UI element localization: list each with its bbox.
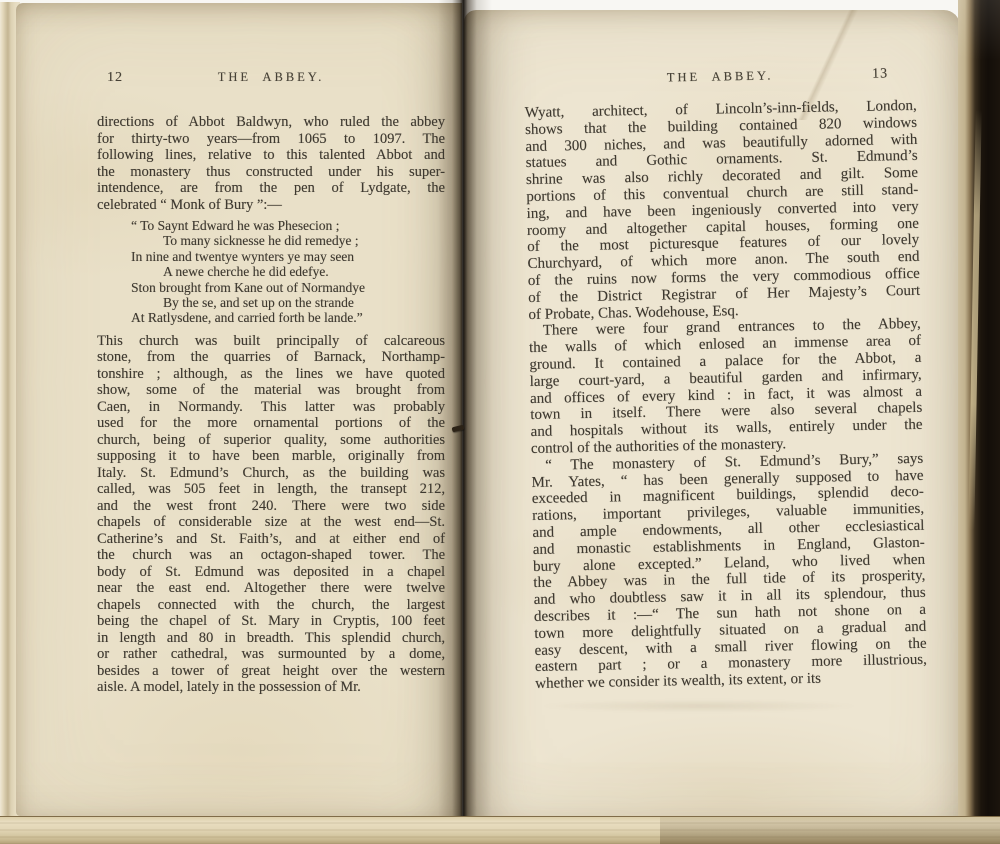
text-line: stone, from the quarries of Barnack, Nor… <box>97 349 445 366</box>
page-number: 13 <box>860 66 916 84</box>
text-line: called, was 505 feet in length, the tran… <box>97 481 445 498</box>
text-line: church, being of superior quality, some … <box>97 432 445 449</box>
text-line: and the west front 240. There were two s… <box>97 498 445 515</box>
verse-block: “ To Saynt Edward he was Phesecion ;To m… <box>131 218 445 326</box>
bottom-page-edges <box>0 816 1000 844</box>
text-line: following lines, relative to this talent… <box>97 147 445 164</box>
text-line: the church was an octagon-shaped tower. … <box>97 547 445 564</box>
paragraph: This church was built principally of cal… <box>97 333 445 696</box>
text-line: tonshire ; although, as the lines we hav… <box>97 366 445 383</box>
page-right-text: THE ABBEY. 13 Wyatt, architect, of Linco… <box>524 65 927 693</box>
text-line: Caen, in Normandy. This latter was proba… <box>97 399 445 416</box>
text-line: besides a tower of great height over the… <box>97 663 445 680</box>
text-line: Ston brought from Kane out of Normandye <box>131 280 445 295</box>
paragraph: There were four grand entrances to the A… <box>529 316 923 458</box>
page-left: 12 THE ABBEY. directions of Abbot Baldwy… <box>16 3 462 816</box>
text-line: chapels of considerable size at the west… <box>97 514 445 531</box>
text-line: supposing it to have been marble, origin… <box>97 448 445 465</box>
running-header-row: THE ABBEY. 13 <box>524 65 916 88</box>
running-header: THE ABBEY. <box>580 66 860 88</box>
text-line: or rather cathedral, was surmounted by a… <box>97 646 445 663</box>
text-line: the monastery thus constructed under his… <box>97 164 445 181</box>
text-line: being the chapel of St. Mary in Cryptis,… <box>97 613 445 630</box>
text-line: To many sicknesse he did remedye ; <box>163 233 445 248</box>
page-number: 12 <box>97 70 153 87</box>
page-body: directions of Abbot Baldwyn, who ruled t… <box>97 114 445 696</box>
text-line: intendence, are from the pen of Lydgate,… <box>97 180 445 197</box>
paragraph: Wyatt, architect, of Lincoln’s-inn-field… <box>525 98 921 324</box>
running-header-row: 12 THE ABBEY. <box>97 69 445 85</box>
text-line: celebrated “ Monk of Bury ”:— <box>97 197 445 214</box>
text-line: in length and 80 in breadth. This splend… <box>97 630 445 647</box>
page-body: Wyatt, architect, of Lincoln’s-inn-field… <box>525 98 928 693</box>
text-line: near the east end. Altogether there were… <box>97 580 445 597</box>
text-line: body of St. Edmund was deposited in a ch… <box>97 564 445 581</box>
text-line: chapels connected with the church, the l… <box>97 597 445 614</box>
text-line: This church was built principally of cal… <box>97 333 445 350</box>
page-right: THE ABBEY. 13 Wyatt, architect, of Linco… <box>464 10 960 820</box>
book-scan: 12 THE ABBEY. directions of Abbot Baldwy… <box>0 0 1000 844</box>
text-line: By the se, and set up on the strande <box>163 295 445 310</box>
running-header: THE ABBEY. <box>153 69 389 86</box>
text-line: for thirty-two years—from 1065 to 1097. … <box>97 131 445 148</box>
paragraph: directions of Abbot Baldwyn, who ruled t… <box>97 114 445 213</box>
paragraph: “ The monastery of St. Edmund’s Bury,” s… <box>531 450 927 692</box>
header-spacer <box>524 83 580 84</box>
book-gutter <box>438 0 492 834</box>
right-book-edge <box>958 0 1000 844</box>
text-line: In nine and twentye wynters ye may seen <box>131 249 445 264</box>
text-line: At Ratlysdene, and carried forth be land… <box>131 310 445 325</box>
text-line: Catherine’s and St. Faith’s, and at eith… <box>97 531 445 548</box>
text-line: A newe cherche he did edefye. <box>163 264 445 279</box>
text-line: used for the more ornamental portions of… <box>97 415 445 432</box>
text-line: show, some of the material was brought f… <box>97 382 445 399</box>
text-line: aisle. A model, lately in the possession… <box>97 679 445 696</box>
page-left-text: 12 THE ABBEY. directions of Abbot Baldwy… <box>97 69 445 696</box>
text-line: Italy. St. Edmund’s Church, as the build… <box>97 465 445 482</box>
text-line: directions of Abbot Baldwyn, who ruled t… <box>97 114 445 131</box>
text-line: “ To Saynt Edward he was Phesecion ; <box>131 218 445 233</box>
